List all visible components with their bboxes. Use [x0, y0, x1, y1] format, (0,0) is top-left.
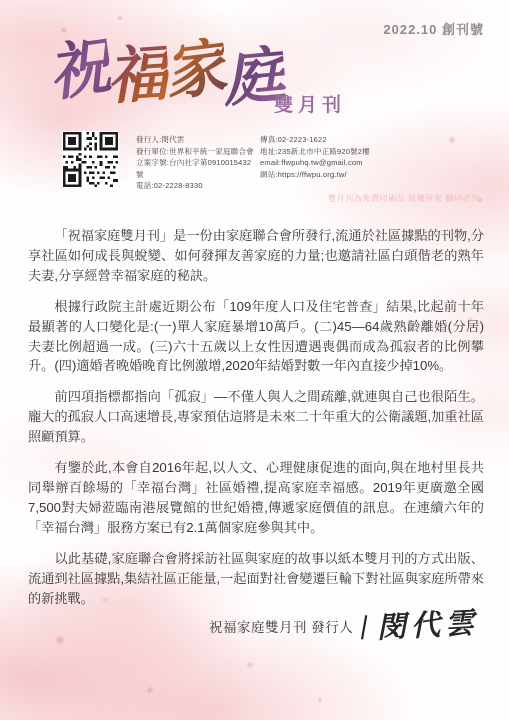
issue-label: 2022.10 創刊號 — [383, 19, 484, 38]
article-paragraph: 以此基礎,家庭聯合會將採訪社區與家庭的故事以紙本雙月刊的方式出版、流通到社區據點… — [28, 549, 484, 609]
signature-separator: | — [359, 610, 371, 642]
publisher-info-line: 傳真:02-2223-1622 — [260, 134, 410, 146]
signature-prefix: 祝福家庭雙月刊 發行人 — [209, 616, 353, 636]
qr-code-icon — [62, 131, 119, 188]
masthead: 祝福家庭 雙月刊 — [48, 36, 388, 122]
article-paragraph: 「祝福家庭雙月刊」是一份由家庭聯合會所發行,流通於社區據點的刊物,分享社區如何成… — [28, 226, 484, 286]
copyright-note: 雙月刊為免費印刷品 版權所有 翻印必究 — [328, 193, 480, 204]
article-paragraph: 有鑒於此,本會自2016年起,以人文、心理健康促進的面向,與在地村里長共同舉辦百… — [28, 458, 484, 538]
signature-row: 祝福家庭雙月刊 發行人 | 閔代雲 — [209, 610, 479, 641]
publisher-info-line: 電話:02-2228-8330 — [136, 180, 258, 192]
publisher-info-line: 發行人:閔代雲 — [136, 134, 258, 146]
publisher-info-line: 發行單位:世界和平統一家庭聯合會 — [136, 146, 258, 158]
publisher-info: 發行人:閔代雲發行單位:世界和平統一家庭聯合會立案字號:台內社字第0910015… — [62, 131, 410, 192]
publisher-info-line: 立案字號:台內社字第0910015432號 — [136, 157, 258, 180]
publisher-info-line: email:ffwpuhq.tw@gmail.com — [260, 157, 410, 169]
article-paragraph: 根據行政院主計處近期公布「109年度人口及住宅普查」結果,比起前十年最顯著的人口… — [28, 297, 484, 377]
publisher-info-line: 網站:https://ffwpu.org.tw/ — [260, 169, 410, 181]
masthead-title-char: 福 — [104, 42, 170, 108]
article-body: 「祝福家庭雙月刊」是一份由家庭聯合會所發行,流通於社區據點的刊物,分享社區如何成… — [28, 226, 484, 619]
newsletter-page: 2022.10 創刊號 祝福家庭 雙月刊 發行人:閔代雲發行單位:世界和平統一家… — [0, 0, 509, 720]
publisher-info-line: 地址:235新北市中正路920號2樓 — [260, 146, 410, 158]
publisher-info-left: 發行人:閔代雲發行單位:世界和平統一家庭聯合會立案字號:台內社字第0910015… — [136, 134, 258, 192]
publisher-signature: 閔代雲 — [376, 608, 479, 642]
article-paragraph: 前四項指標都指向「孤寂」—不僅人與人之間疏離,就連與自己也很陌生。龐大的孤寂人口… — [28, 387, 484, 447]
publisher-info-right: 傳真:02-2223-1622地址:235新北市中正路920號2樓email:f… — [260, 134, 410, 192]
masthead-subtitle: 雙月刊 — [274, 90, 346, 117]
